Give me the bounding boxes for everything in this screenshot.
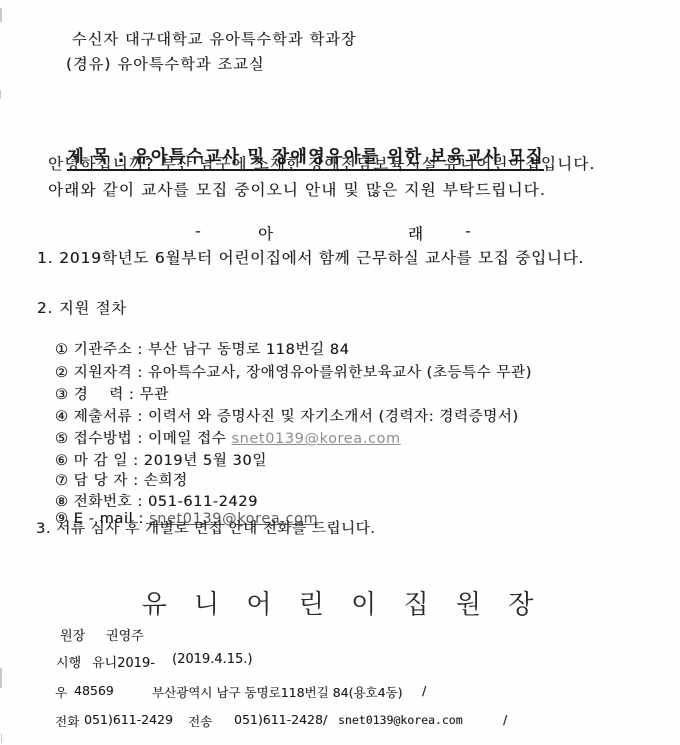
- footer-separator-slash: /: [323, 712, 327, 727]
- footer-separator-slash: /: [422, 683, 426, 698]
- footer-email: snet0139@korea.com: [338, 713, 463, 727]
- divider-char-a: 아: [258, 222, 273, 244]
- scan-artifact: [0, 90, 1, 99]
- divider-char-rae: 래: [408, 222, 423, 244]
- footer-postal-label: 우: [55, 683, 67, 701]
- footer-issue-date: (2019.4.15.): [172, 652, 252, 667]
- recipient-line: 수신자 대구대학교 유아특수학과 학과장: [72, 28, 357, 49]
- scanned-document: 수신자 대구대학교 유아특수학과 학과장 (경유) 유아특수학과 조교실 제 목…: [0, 0, 680, 745]
- scan-artifact: [0, 8, 2, 22]
- greeting-line-1: 안녕하십니까? 부산 남구에 소재한 장애전담보육시설 유니어린이집입니다.: [48, 152, 596, 174]
- below-divider: - 아 래 -: [0, 222, 680, 242]
- section-3-text: 3. 서류 심사 후 개별로 면접 안내 전화를 드립니다.: [36, 517, 375, 538]
- footer-doc-number: 유니2019-: [92, 652, 155, 671]
- scan-artifact: [0, 668, 2, 688]
- footer-director-label: 원장: [60, 625, 85, 644]
- footer-postal-code: 48569: [74, 683, 114, 698]
- footer-director-name: 권영주: [106, 625, 144, 644]
- divider-dash-right: -: [465, 222, 471, 240]
- greeting-line-2: 아래와 같이 교사를 모집 중이오니 안내 및 많은 지원 부탁드립니다.: [48, 178, 546, 200]
- scan-artifact: [1, 734, 2, 743]
- via-line: (경유) 유아특수학과 조교실: [66, 53, 265, 74]
- section-1-text: 1. 2019학년도 6월부터 어린이집에서 함께 근무하실 교사를 모집 중입…: [37, 246, 584, 268]
- footer-fax-number: 051)611-2428: [234, 712, 323, 727]
- divider-dash-left: -: [195, 222, 201, 240]
- footer-separator-slash: /: [503, 712, 507, 727]
- section-2-heading: 2. 지원 절차: [37, 297, 127, 318]
- footer-issued-label: 시행: [56, 652, 81, 671]
- footer-tel-number: 051)611-2429: [84, 712, 173, 727]
- footer-tel-label: 전화: [55, 712, 79, 730]
- signature-director-title: 유 니 어 린 이 집 원 장: [142, 584, 539, 621]
- footer-fax-label: 전송: [188, 712, 212, 730]
- footer-address: 부산광역시 남구 동명로118번길 84(용호4동): [152, 683, 403, 701]
